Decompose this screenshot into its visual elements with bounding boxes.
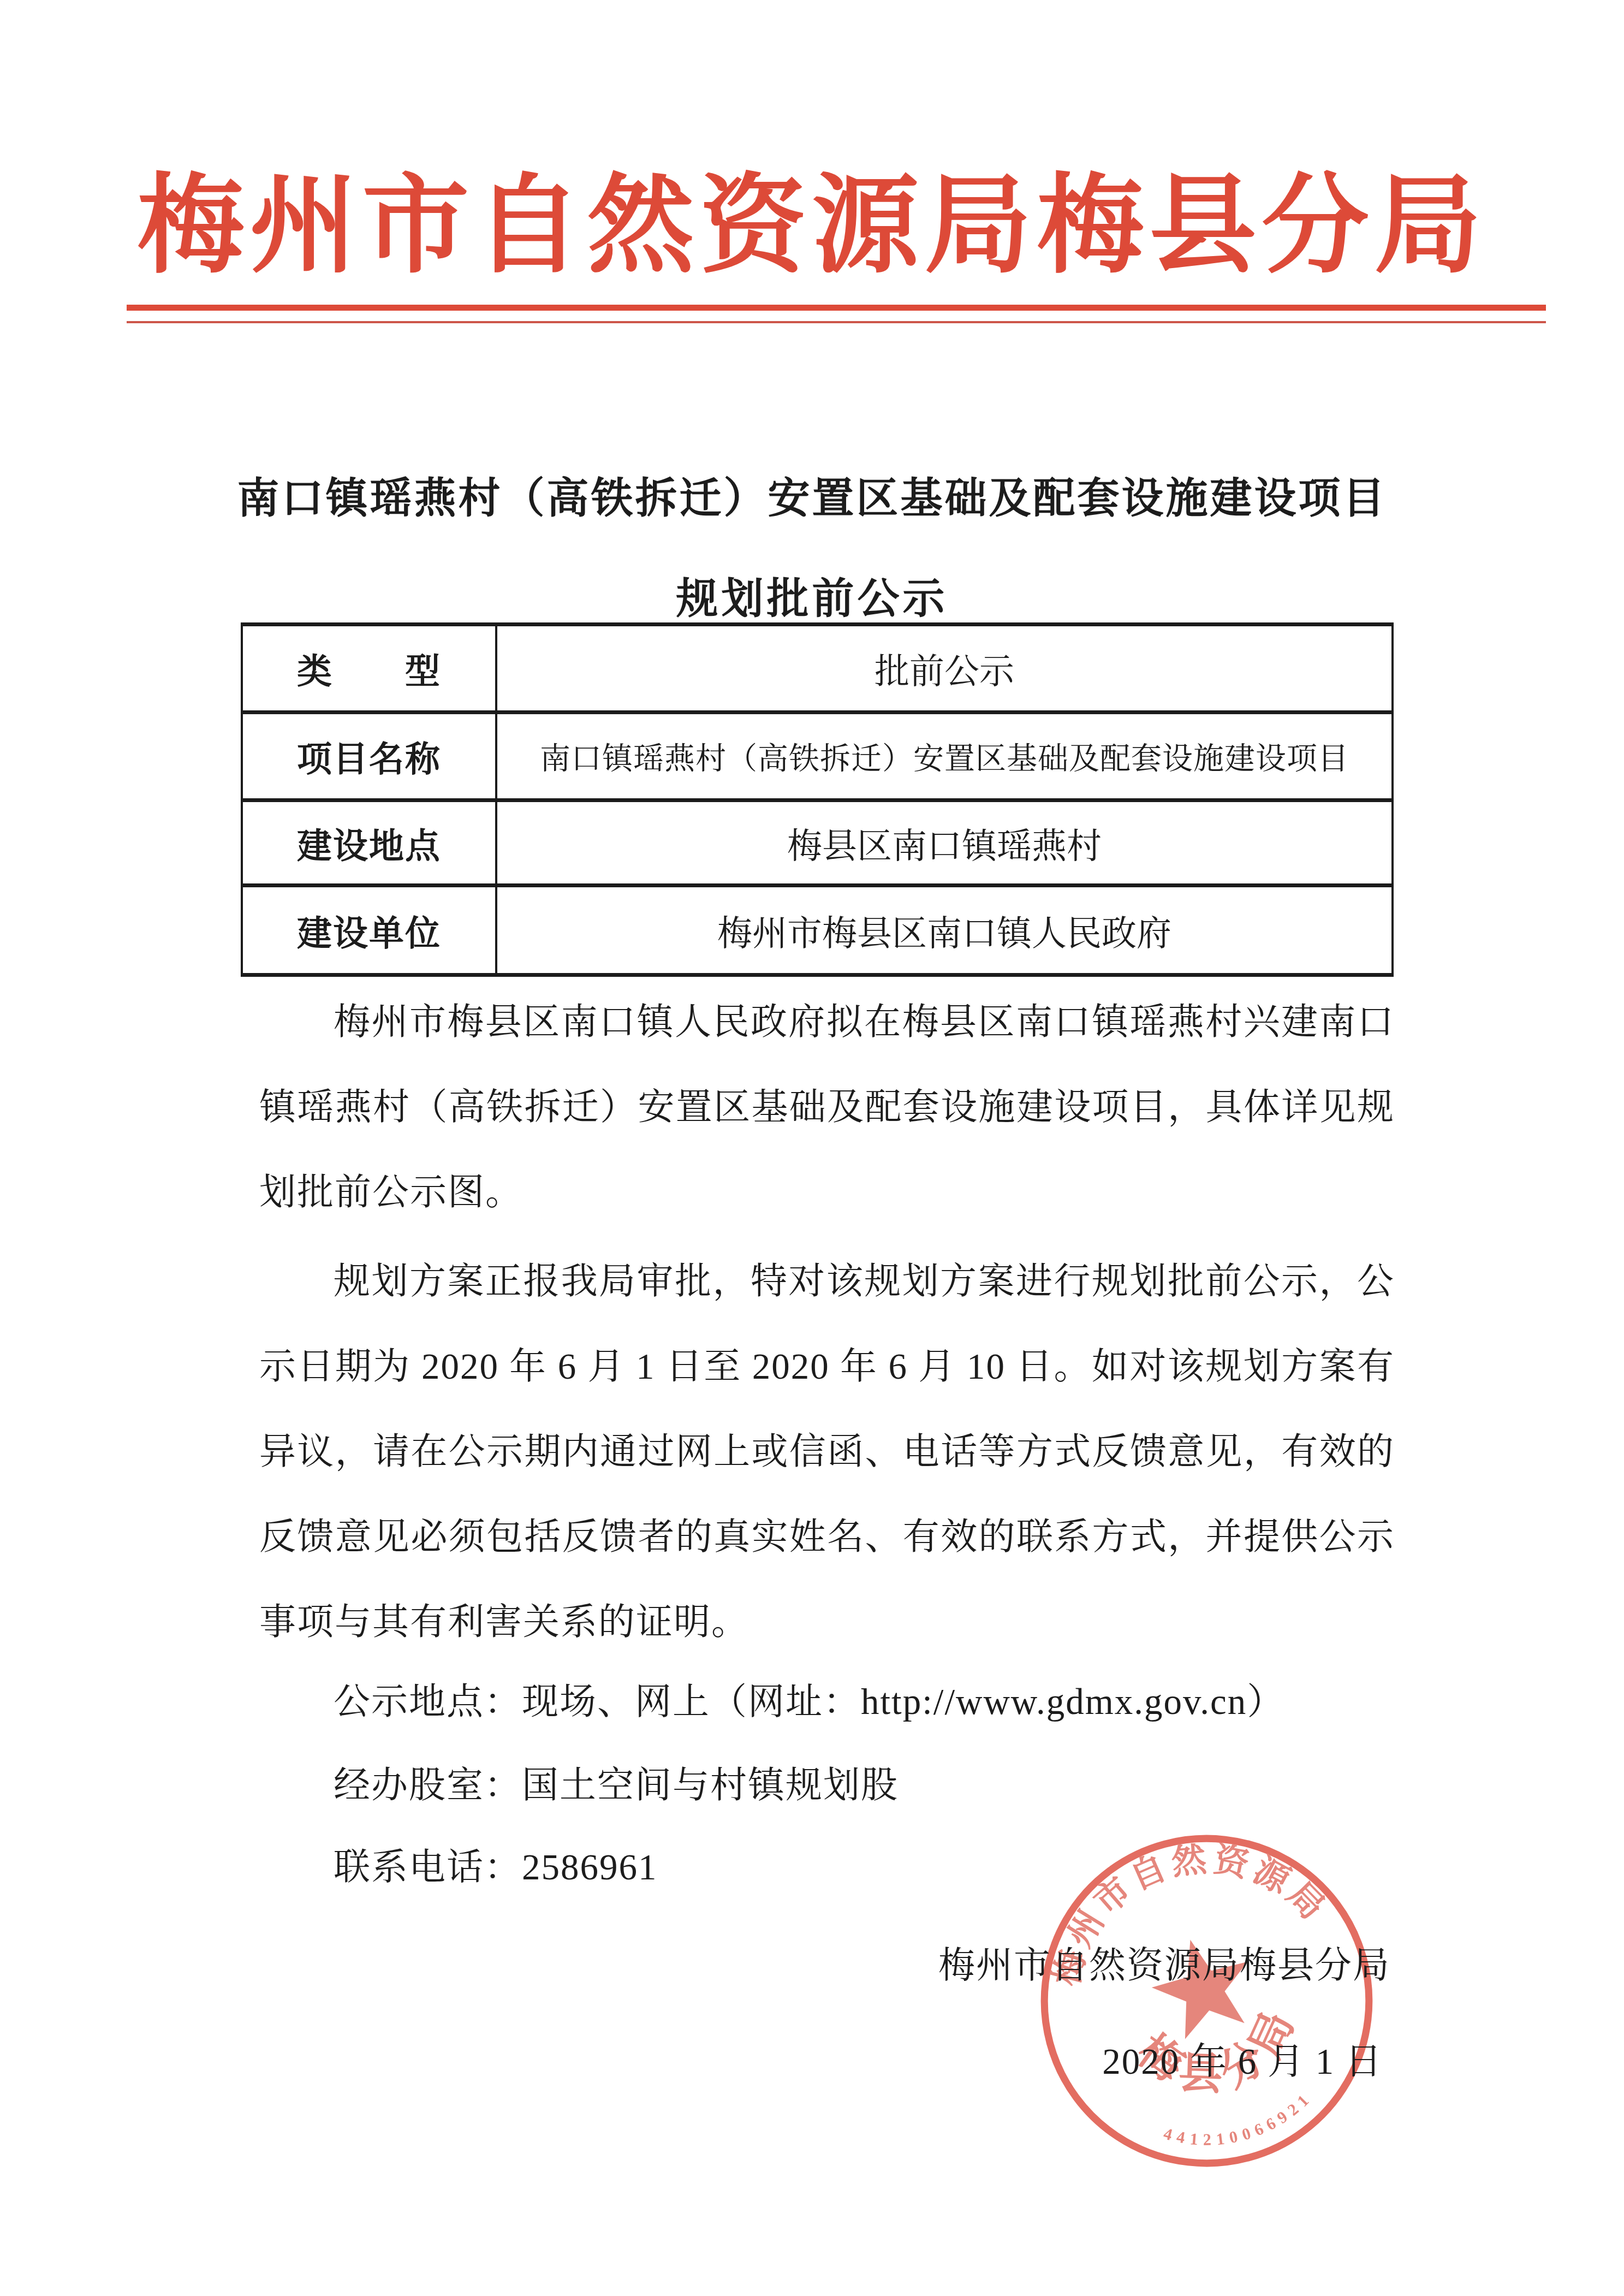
body-paragraph-2: 规划方案正报我局审批，特对该规划方案进行规划批前公示，公示日期为 2020 年 … (259, 1239, 1395, 1665)
table-row: 类 型 批前公示 (242, 625, 1393, 713)
row-location-value: 梅县区南口镇瑶燕村 (496, 800, 1393, 886)
body-paragraph-1: 梅州市梅县区南口镇人民政府拟在梅县区南口镇瑶燕村兴建南口镇瑶燕村（高铁拆迁）安置… (259, 980, 1395, 1235)
row-location-label: 建设地点 (242, 800, 496, 886)
project-info-table: 类 型 批前公示 项目名称 南口镇瑶燕村（高铁拆迁）安置区基础及配套设施建设项目… (241, 622, 1394, 977)
row-project-name-value: 南口镇瑶燕村（高铁拆迁）安置区基础及配套设施建设项目 (496, 713, 1393, 800)
letterhead-rule-thin (127, 321, 1546, 323)
letterhead-rule-thick (127, 305, 1546, 311)
document-page: 梅州市自然资源局梅县分局 南口镇瑶燕村（高铁拆迁）安置区基础及配套设施建设项目 … (0, 0, 1624, 2296)
signature-date: 2020 年 6 月 1 日 (259, 2019, 1383, 2104)
row-project-name-label: 项目名称 (242, 713, 496, 800)
row-type-label: 类 型 (242, 625, 496, 713)
table-row: 项目名称 南口镇瑶燕村（高铁拆迁）安置区基础及配套设施建设项目 (242, 713, 1393, 800)
row-builder-value: 梅州市梅县区南口镇人民政府 (496, 886, 1393, 975)
row-type-value: 批前公示 (496, 625, 1393, 713)
table-row: 建设地点 梅县区南口镇瑶燕村 (242, 800, 1393, 886)
row-builder-label: 建设单位 (242, 886, 496, 975)
notice-location-line: 公示地点：现场、网上（网址：http://www.gdmx.gov.cn） (259, 1659, 1515, 1745)
table-row: 建设单位 梅州市梅县区南口镇人民政府 (242, 886, 1393, 975)
agency-letterhead-title: 梅州市自然资源局梅县分局 (0, 158, 1624, 295)
document-title-line2: 规划批前公示 (0, 569, 1624, 629)
document-title-line1: 南口镇瑶燕村（高铁拆迁）安置区基础及配套设施建设项目 (0, 468, 1624, 529)
signature-organization: 梅州市自然资源局梅县分局 (259, 1923, 1390, 2008)
